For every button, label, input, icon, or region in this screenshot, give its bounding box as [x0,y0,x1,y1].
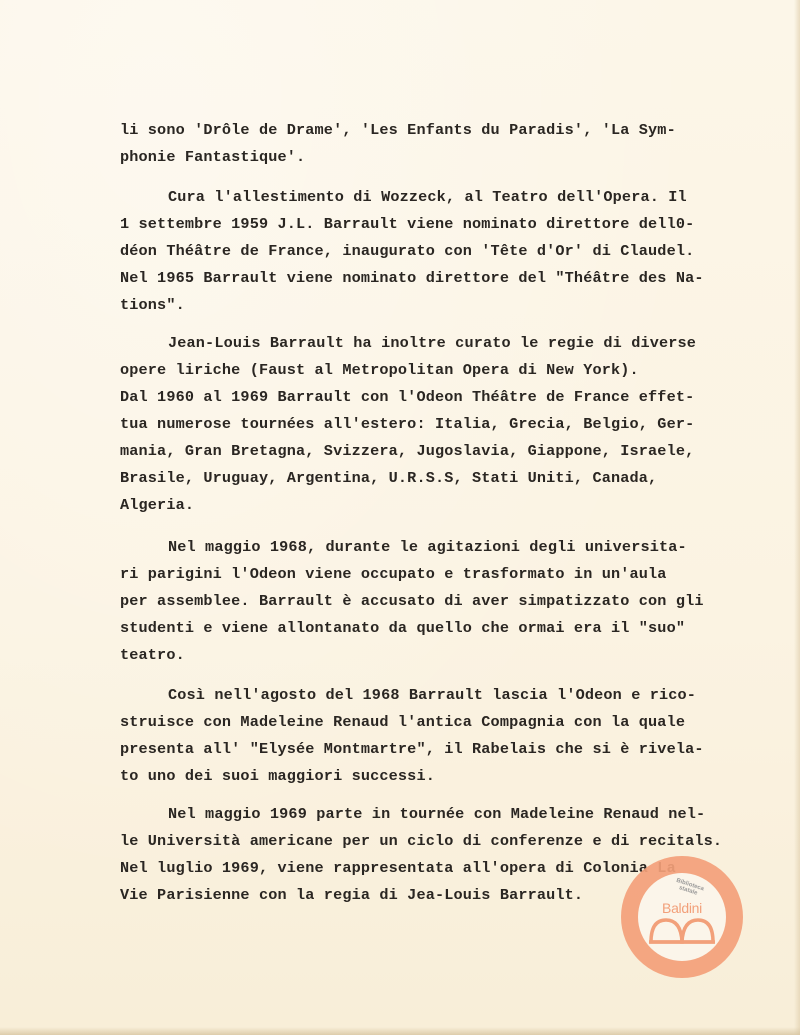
page-edge-shadow [794,0,800,1035]
text-line: Nel luglio 1969, viene rappresentata all… [120,859,676,877]
text-line: phonie Fantastique'. [120,148,305,166]
text-line: opere liriche (Faust al Metropolitan Ope… [120,361,639,379]
text-line: Jean-Louis Barrault ha inoltre curato le… [168,334,696,352]
text-line: teatro. [120,646,185,664]
text-line: déon Théâtre de France, inaugurato con '… [120,242,694,260]
stamp-name: Baldini [651,900,713,916]
text-line: Vie Parisienne con la regia di Jea-Louis… [120,886,583,904]
text-line: presenta all' "Elysée Montmartre", il Ra… [120,740,704,758]
page-edge-shadow-bottom [0,1027,800,1035]
text-line: tions". [120,296,185,314]
scanned-page: li sono 'Drôle de Drame', 'Les Enfants d… [0,0,800,1035]
text-line: Dal 1960 al 1969 Barrault con l'Odeon Th… [120,388,694,406]
library-stamp: Biblioteca statale Baldini [621,856,743,978]
text-line: tua numerose tournées all'estero: Italia… [120,415,694,433]
text-line: studenti e viene allontanato da quello c… [120,619,685,637]
text-line: mania, Gran Bretagna, Svizzera, Jugoslav… [120,442,694,460]
text-line: to uno dei suoi maggiori successi. [120,767,435,785]
text-line: Così nell'agosto del 1968 Barrault lasci… [168,686,696,704]
text-line: le Università americane per un ciclo di … [120,832,722,850]
text-line: Algeria. [120,496,194,514]
text-line: Cura l'allestimento di Wozzeck, al Teatr… [168,188,687,206]
text-line: ri parigini l'Odeon viene occupato e tra… [120,565,667,583]
text-line: li sono 'Drôle de Drame', 'Les Enfants d… [120,121,676,139]
text-line: per assemblee. Barrault è accusato di av… [120,592,704,610]
text-line: Nel maggio 1969 parte in tournée con Mad… [168,805,705,823]
open-book-icon [647,916,717,944]
text-line: struisce con Madeleine Renaud l'antica C… [120,713,685,731]
text-line: 1 settembre 1959 J.L. Barrault viene nom… [120,215,694,233]
text-line: Brasile, Uruguay, Argentina, U.R.S.S, St… [120,469,657,487]
text-line: Nel maggio 1968, durante le agitazioni d… [168,538,687,556]
text-line: Nel 1965 Barrault viene nominato diretto… [120,269,704,287]
